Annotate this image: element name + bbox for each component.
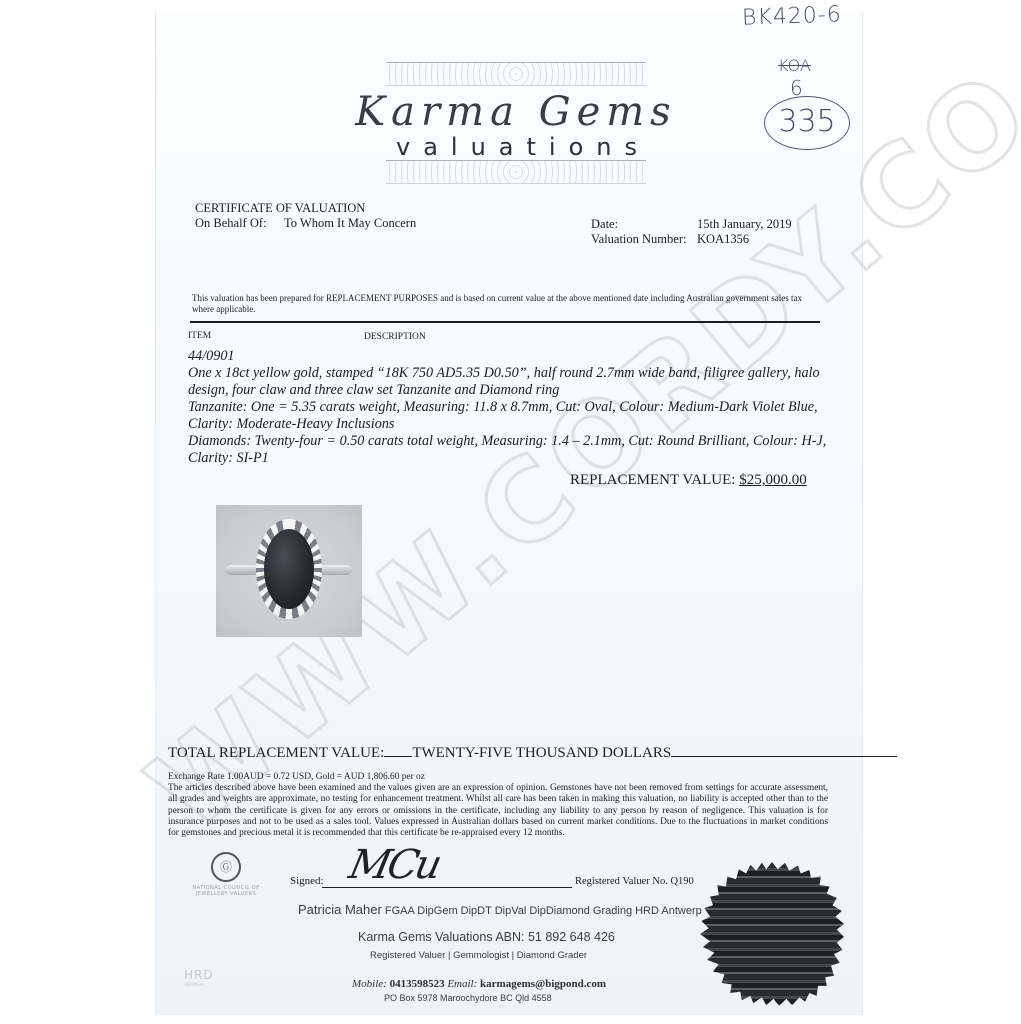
valuation-number-label: Valuation Number: — [591, 232, 686, 247]
postal-address: PO Box 5978 Maroochydore BC Qld 4558 — [384, 993, 552, 1003]
certificate-title: CERTIFICATE OF VALUATION — [195, 201, 365, 216]
item-column-header: ITEM — [188, 331, 211, 341]
signature: MCu — [345, 842, 443, 888]
hrd-mark: HRD — [184, 968, 214, 982]
item-line-tanzanite: Tanzanite: One = 5.35 carats weight, Mea… — [188, 399, 828, 433]
on-behalf-value: To Whom It May Concern — [284, 216, 416, 231]
header-divider — [190, 321, 820, 323]
email-label: Email: — [447, 978, 477, 990]
ncjv-emblem-icon: Ⓖ — [211, 852, 241, 882]
logo-script: Karma Gems — [336, 90, 696, 134]
item-line-diamonds: Diamonds: Twenty-four = 0.50 carats tota… — [188, 433, 828, 467]
valuer-qualifications: Patricia Maher FGAA DipGem DipDT DipVal … — [298, 902, 702, 917]
replacement-value-label: REPLACEMENT VALUE: — [570, 472, 735, 488]
registered-valuer-number: Registered Valuer No. Q190 — [575, 876, 694, 887]
total-label: TOTAL REPLACEMENT VALUE: — [168, 745, 384, 761]
total-value: TWENTY-FIVE THOUSAND DOLLARS — [412, 745, 671, 761]
mobile-number: 0413598523 — [390, 978, 445, 990]
ornament-top-icon — [386, 62, 646, 86]
item-description: 44/0901 One x 18ct yellow gold, stamped … — [188, 348, 828, 467]
purpose-note: This valuation has been prepared for REP… — [192, 293, 820, 315]
replacement-value-amount: $25,000.00 — [739, 472, 807, 488]
hrd-logo: HRD ANTWERP — [184, 968, 214, 987]
ncjv-caption: NATIONAL COUNCIL OF JEWELLERY VALUERS — [186, 885, 266, 897]
signature-line — [322, 887, 572, 888]
exchange-rate: Exchange Rate 1.00AUD = 0.72 USD, Gold =… — [168, 772, 828, 783]
disclaimer: The articles described above have been e… — [168, 783, 828, 839]
ring-photo — [216, 505, 362, 637]
date-value: 15th January, 2019 — [697, 217, 792, 232]
valuer-name: Patricia Maher — [298, 902, 382, 917]
item-code: 44/0901 — [188, 348, 828, 365]
date-label: Date: — [591, 217, 618, 232]
total-replacement-value: TOTAL REPLACEMENT VALUE:TWENTY-FIVE THOU… — [168, 744, 897, 762]
qualifications-text: FGAA DipGem DipDT DipVal DipDiamond Grad… — [385, 905, 702, 917]
hrd-caption: ANTWERP — [184, 982, 214, 987]
handwritten-reference: BK420-6 — [742, 2, 843, 30]
handwritten-koa-note: KOA — [778, 56, 811, 75]
mobile-label: Mobile: — [352, 978, 387, 990]
signed-label: Signed: — [290, 875, 324, 887]
valuation-number-value: KOA1356 — [697, 232, 749, 247]
replacement-value: REPLACEMENT VALUE: $25,000.00 — [570, 472, 807, 489]
handwritten-circled-number: 335 — [764, 96, 850, 150]
on-behalf-label: On Behalf Of: — [195, 216, 267, 231]
company-abn: Karma Gems Valuations ABN: 51 892 648 42… — [358, 930, 615, 944]
ornament-bottom-icon — [386, 160, 646, 184]
item-line-ring: One x 18ct yellow gold, stamped “18K 750… — [188, 365, 828, 399]
karma-gems-logo: Karma Gems valuations — [336, 62, 696, 182]
contact-line: Mobile: 0413598523 Email: karmagems@bigp… — [352, 978, 606, 990]
logo-subtitle: valuations — [350, 134, 696, 160]
fine-print: Exchange Rate 1.00AUD = 0.72 USD, Gold =… — [168, 772, 828, 839]
tanzanite-stone-icon — [264, 529, 314, 609]
company-roles: Registered Valuer | Gemmologist | Diamon… — [370, 950, 587, 961]
ncjv-logo: Ⓖ NATIONAL COUNCIL OF JEWELLERY VALUERS — [186, 852, 266, 897]
email-address: karmagems@bigpond.com — [480, 978, 606, 990]
description-column-header: DESCRIPTION — [364, 332, 426, 342]
